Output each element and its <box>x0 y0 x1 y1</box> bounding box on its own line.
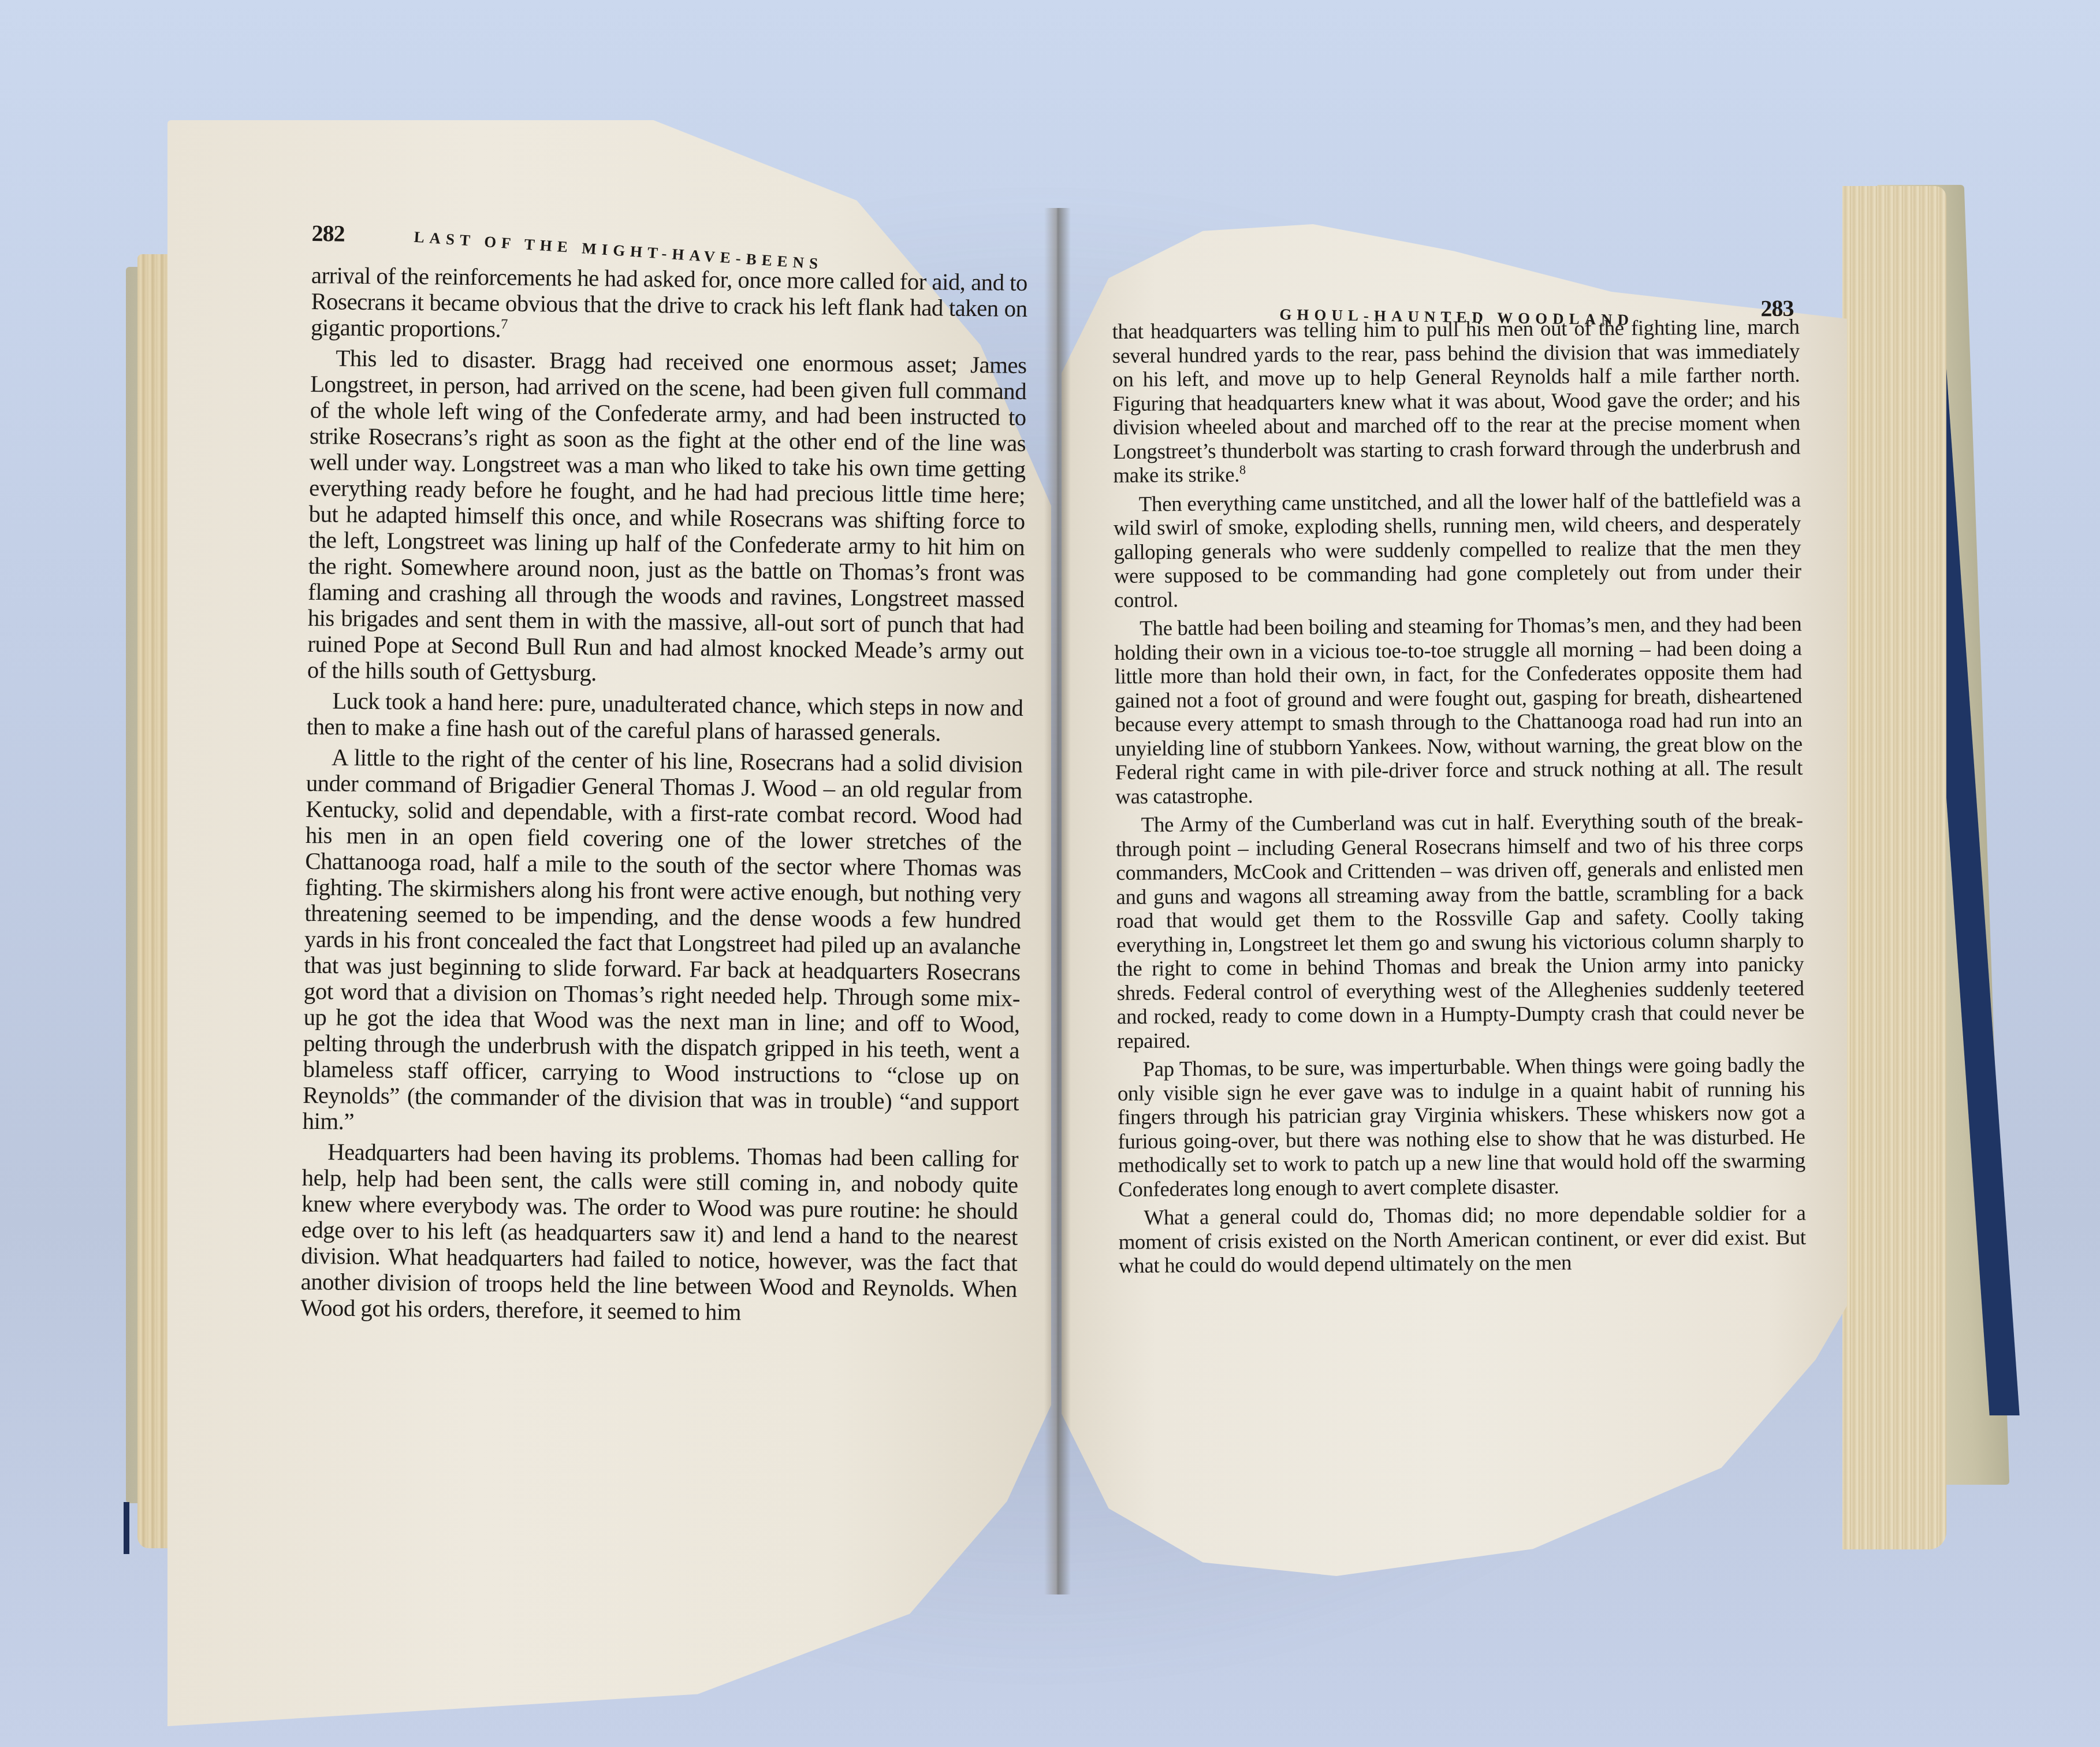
photo-scene: 282 LAST OF THE MIGHT-HAVE-BEENS arrival… <box>0 0 2100 1747</box>
left-paragraph: A little to the right of the center of h… <box>302 744 1022 1142</box>
right-paragraph: What a general could do, Thomas did; no … <box>1118 1202 1806 1278</box>
page-stack-right <box>1842 186 1946 1549</box>
right-paragraph: The Army of the Cumberland was cut in ha… <box>1115 809 1804 1053</box>
right-paragraph: The battle had been boiling and steaming… <box>1114 612 1803 809</box>
book-gutter <box>1044 208 1071 1594</box>
footnote-marker: 7 <box>501 317 508 332</box>
right-paragraph: that headquarters was telling him to pul… <box>1112 315 1801 488</box>
right-page-text: GHOUL-HAUNTED WOODLAND 283 that headquar… <box>1112 273 1806 1283</box>
cover-left-blue-trim <box>124 1502 129 1554</box>
left-paragraph: Headquarters had been having its problem… <box>300 1139 1018 1328</box>
footnote-marker: 8 <box>1239 462 1246 477</box>
left-running-head: 282 LAST OF THE MIGHT-HAVE-BEENS <box>311 220 1028 262</box>
left-page-text: 282 LAST OF THE MIGHT-HAVE-BEENS arrival… <box>300 220 1028 1333</box>
right-paragraph: Pap Thomas, to be sure, was imperturbabl… <box>1117 1053 1805 1202</box>
left-paragraph: This led to disaster. Bragg had received… <box>307 345 1027 690</box>
left-paragraph: arrival of the reinforcements he had ask… <box>311 262 1027 348</box>
right-paragraph: Then everything came unstitched, and all… <box>1114 488 1801 612</box>
right-running-head: GHOUL-HAUNTED WOODLAND 283 <box>1112 273 1799 312</box>
left-page-number: 282 <box>312 220 345 247</box>
left-paragraph: Luck took a hand here: pure, unadulterat… <box>307 687 1023 747</box>
